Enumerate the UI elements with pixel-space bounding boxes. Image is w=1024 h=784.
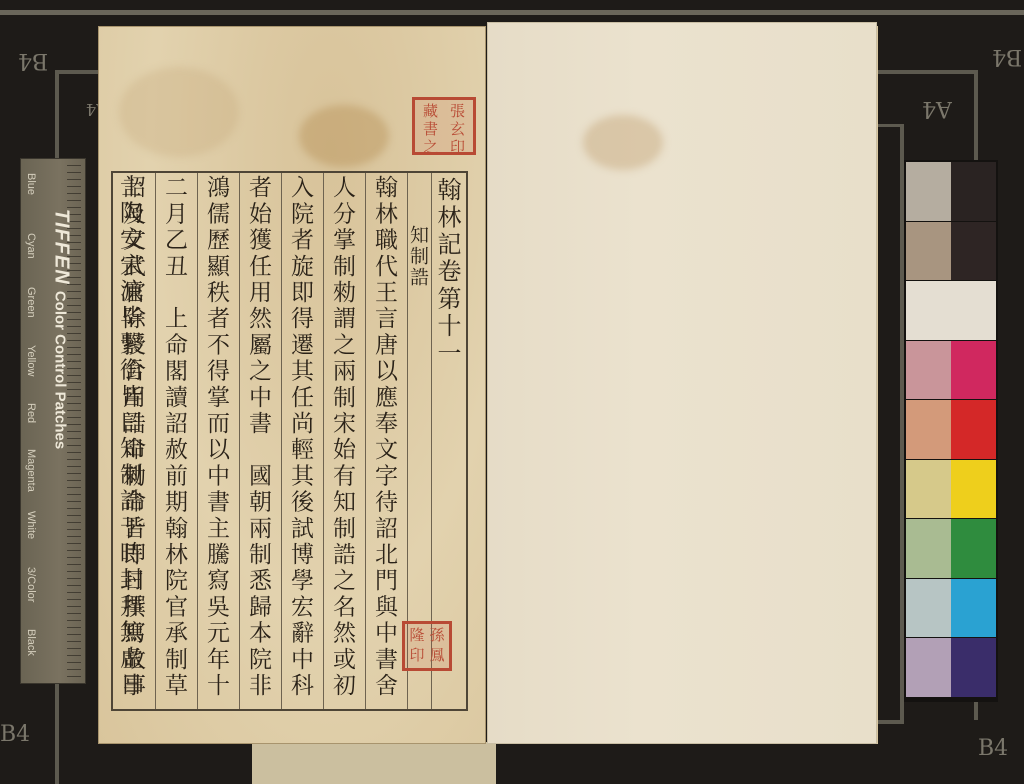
color-patch bbox=[906, 519, 951, 578]
text-column-1: 翰林職代王言唐以應奉文字待詔北門與中書舍 bbox=[367, 175, 401, 699]
color-control-patches bbox=[904, 160, 998, 702]
bottom-tab-slip bbox=[252, 742, 496, 784]
left-page: 翰林記卷第十一 知制誥 翰林職代王言唐以應奉文字待詔北門與中書舍 人分掌制勑謂之… bbox=[98, 26, 486, 744]
color-patch bbox=[906, 341, 951, 400]
column-rule bbox=[197, 173, 198, 709]
column-rule bbox=[281, 173, 282, 709]
ruler-label-red: Red bbox=[25, 403, 37, 423]
patch-row bbox=[906, 341, 996, 401]
column-rule bbox=[365, 173, 366, 709]
guide-label-b4-bottomright: B4 bbox=[978, 736, 1008, 761]
ruler-title: TIFFENColor Control Patches bbox=[50, 209, 73, 449]
ruler-label-3color: 3/Color bbox=[25, 567, 37, 602]
patch-row bbox=[906, 281, 996, 341]
ruler-title-text: Color Control Patches bbox=[52, 291, 69, 449]
page-stain bbox=[119, 67, 239, 157]
column-rule bbox=[239, 173, 240, 709]
color-patch bbox=[951, 579, 996, 638]
guide-label-b4-bottomleft: B4 bbox=[0, 722, 30, 747]
color-patch bbox=[906, 460, 951, 519]
color-patch bbox=[951, 638, 996, 697]
patch-row bbox=[906, 400, 996, 460]
color-patch bbox=[951, 162, 996, 221]
color-patch bbox=[906, 400, 951, 459]
ruler-label-yellow: Yellow bbox=[25, 345, 37, 376]
section-heading: 知制誥 bbox=[401, 225, 435, 288]
seal-top: 藏張 書玄 之印 bbox=[412, 97, 476, 155]
color-patch bbox=[951, 400, 996, 459]
guide-label-b4-topright: B4 bbox=[992, 44, 1022, 69]
ruler-label-white: White bbox=[25, 511, 37, 539]
color-patch bbox=[906, 638, 951, 697]
ruler-label-green: Green bbox=[25, 287, 37, 318]
column-rule bbox=[323, 173, 324, 709]
patch-row bbox=[906, 460, 996, 520]
color-patch bbox=[951, 460, 996, 519]
tiffen-color-ruler: Blue Cyan Green Yellow Red Magenta White… bbox=[20, 158, 86, 684]
text-column-2: 人分掌制勑謂之兩制宋始有知制誥之名然或初 bbox=[325, 175, 359, 699]
guide-label-b4-topleft: B4 bbox=[18, 48, 48, 73]
text-column-3: 入院者旋即得遷其任尚輕其後試博學宏辭中科 bbox=[283, 175, 317, 699]
guide-label-a4-topright: A4 bbox=[922, 96, 952, 121]
ruler-label-magenta: Magenta bbox=[25, 449, 37, 492]
text-column-6: 二月乙丑 上命閣讀詔赦前期翰林院官承制草 bbox=[157, 175, 191, 699]
ruler-brand: TIFFEN bbox=[51, 209, 73, 285]
ruler-label-cyan: Cyan bbox=[25, 233, 37, 259]
patch-row bbox=[906, 162, 996, 222]
color-patch bbox=[906, 162, 951, 221]
color-patch bbox=[906, 579, 951, 638]
color-patch bbox=[906, 281, 996, 340]
seal-bottom: 隆孫 印鳳 bbox=[402, 621, 452, 671]
guide-frame-right-inner bbox=[878, 124, 904, 724]
ruler-label-black: Black bbox=[25, 629, 37, 656]
color-patch bbox=[951, 222, 996, 281]
text-column-5: 鴻儒歷顯秩者不得掌而以中書主騰寫吳元年十 bbox=[199, 175, 233, 699]
text-column-8: 士陶安宋濂毕繫銜皆曰知制誥于時封拜無虛日 bbox=[112, 174, 146, 698]
text-column-4: 者始獲任用然屬之中書 國朝兩制悉歸本院非 bbox=[241, 175, 275, 699]
guide-line-top bbox=[0, 10, 1024, 15]
ruler-label-blue: Blue bbox=[25, 173, 37, 195]
patch-row bbox=[906, 519, 996, 579]
patch-row bbox=[906, 638, 996, 698]
patch-row bbox=[906, 579, 996, 639]
column-rule bbox=[155, 173, 156, 709]
patch-row bbox=[906, 222, 996, 282]
color-patch bbox=[951, 519, 996, 578]
color-patch bbox=[906, 222, 951, 281]
chapter-title: 翰林記卷第十一 bbox=[430, 177, 464, 367]
right-page-blank bbox=[487, 22, 877, 744]
page-stain bbox=[299, 105, 389, 167]
page-stain bbox=[583, 115, 663, 170]
ruler-color-labels: Blue Cyan Green Yellow Red Magenta White… bbox=[23, 159, 39, 683]
color-patch bbox=[951, 341, 996, 400]
